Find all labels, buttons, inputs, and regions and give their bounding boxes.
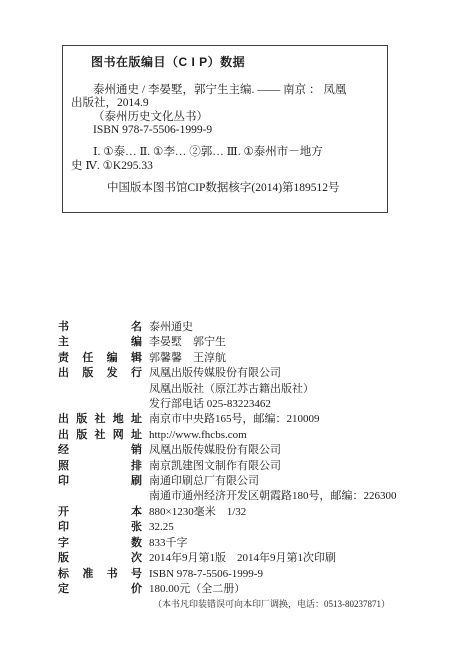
colophon-row: 开本880×1230毫米 1/32 [58, 505, 406, 520]
colophon-row-value: 李晏墅 郭宁生 [149, 335, 406, 350]
colophon-table: 书名泰州通史主编李晏墅 郭宁生责任编辑郭馨馨 王淳航出版发行凤凰出版传媒股份有限… [58, 320, 406, 610]
colophon-row-value-line: 2014年9月第1版 2014年9月第1次印刷 [149, 551, 406, 566]
colophon-row-label: 出版社地址 [58, 412, 142, 427]
colophon-row-value: 南京市中央路165号，邮编：210009 [149, 412, 406, 427]
colophon-row-label: 责任编辑 [58, 351, 142, 366]
colophon-rows: 书名泰州通史主编李晏墅 郭宁生责任编辑郭馨馨 王淳航出版发行凤凰出版传媒股份有限… [58, 320, 406, 597]
colophon-row-value-line: 凤凰出版传媒股份有限公司 [149, 443, 406, 458]
colophon-row-value: 32.25 [149, 520, 406, 535]
cip-isbn: ISBN 978-7-5506-1999-9 [71, 124, 379, 138]
colophon-row-value: http://www.fhcbs.com [149, 428, 406, 443]
colophon-row: 定价180.00元（全二册） [58, 582, 406, 597]
colophon-row: 字数833千字 [58, 536, 406, 551]
colophon-row-value: 2014年9月第1版 2014年9月第1次印刷 [149, 551, 406, 566]
colophon-row-value-line: 李晏墅 郭宁生 [149, 335, 406, 350]
colophon-row-value: 郭馨馨 王淳航 [149, 351, 406, 366]
colophon-row-value-line: 凤凰出版社（原江苏古籍出版社） [149, 382, 406, 397]
colophon-row-label: 出版社网址 [58, 428, 142, 443]
colophon-row: 经销凤凰出版传媒股份有限公司 [58, 443, 406, 458]
colophon-row-value: ISBN 978-7-5506-1999-9 [149, 567, 406, 582]
colophon-row-value-line: 880×1230毫米 1/32 [149, 505, 406, 520]
exchange-note: （本书凡印装错误可向本印厂调换，电话：0513-80237871） [153, 598, 406, 610]
colophon-row-value-line: 180.00元（全二册） [149, 582, 406, 597]
cip-catalog-line-2: 出版社，2014.9 [71, 97, 379, 111]
colophon-row: 标准书号ISBN 978-7-5506-1999-9 [58, 567, 406, 582]
cip-record-number: 中国版本图书馆CIP数据核字(2014)第189512号 [71, 182, 379, 196]
colophon-row-value: 180.00元（全二册） [149, 582, 406, 597]
colophon-row-value: 凤凰出版传媒股份有限公司凤凰出版社（原江苏古籍出版社）发行部电话 025-832… [149, 366, 406, 412]
colophon-row-value-line: 泰州通史 [149, 320, 406, 335]
colophon-row-label: 字数 [58, 536, 142, 551]
colophon-row-label: 书名 [58, 320, 142, 335]
colophon-row-value: 泰州通史 [149, 320, 406, 335]
colophon-row: 书名泰州通史 [58, 320, 406, 335]
colophon-row-value-line: 南京凯建图文制作有限公司 [149, 459, 406, 474]
colophon-row-label: 印刷 [58, 474, 142, 489]
colophon-row-value-line: 南京市中央路165号，邮编：210009 [149, 412, 406, 427]
colophon-row-label: 经销 [58, 443, 142, 458]
colophon-row-value: 南京凯建图文制作有限公司 [149, 459, 406, 474]
colophon-row-label: 出版发行 [58, 366, 142, 381]
colophon-row-label: 标准书号 [58, 567, 142, 582]
cip-data-box: 图书在版编目（C I P）数据 泰州通史 / 李晏墅，郭宁生主编. —— 南京 … [62, 45, 388, 213]
colophon-row-label: 版次 [58, 551, 142, 566]
colophon-row-value-line: 郭馨馨 王淳航 [149, 351, 406, 366]
colophon-row: 照排南京凯建图文制作有限公司 [58, 459, 406, 474]
colophon-row-label: 开本 [58, 505, 142, 520]
colophon-row-label: 照排 [58, 459, 142, 474]
colophon-row-value: 880×1230毫米 1/32 [149, 505, 406, 520]
colophon-row-value-line: ISBN 978-7-5506-1999-9 [149, 567, 406, 582]
colophon-row-label: 定价 [58, 582, 142, 597]
colophon-row: 印张32.25 [58, 520, 406, 535]
colophon-row-value-line: 发行部电话 025-83223462 [149, 397, 406, 412]
cip-classification-line-2: 史 Ⅳ. ①K295.33 [71, 160, 379, 174]
colophon-row: 出版发行凤凰出版传媒股份有限公司凤凰出版社（原江苏古籍出版社）发行部电话 025… [58, 366, 406, 412]
colophon-row-label: 印张 [58, 520, 142, 535]
colophon-row-value: 凤凰出版传媒股份有限公司 [149, 443, 406, 458]
colophon-row-value-line: 凤凰出版传媒股份有限公司 [149, 366, 406, 381]
colophon-row: 出版社网址http://www.fhcbs.com [58, 428, 406, 443]
colophon-row-value-line: http://www.fhcbs.com [149, 428, 406, 443]
colophon-row: 主编李晏墅 郭宁生 [58, 335, 406, 350]
colophon-row-label: 主编 [58, 335, 142, 350]
cip-classification-line-1: Ⅰ. ①泰… Ⅱ. ①李… ②郭… Ⅲ. ①泰州市－地方 [71, 146, 379, 160]
colophon-row-value-line: 833千字 [149, 536, 406, 551]
colophon-row-value-line: 32.25 [149, 520, 406, 535]
colophon-row-value-line: 南通印刷总厂有限公司 [149, 474, 406, 489]
colophon-row: 责任编辑郭馨馨 王淳航 [58, 351, 406, 366]
book-copyright-page: 图书在版编目（C I P）数据 泰州通史 / 李晏墅，郭宁生主编. —— 南京 … [0, 0, 450, 656]
cip-series-title: （泰州历史文化丛书） [71, 111, 379, 125]
colophon-row: 印刷南通印刷总厂有限公司南通市通州经济开发区朝霞路180号，邮编：226300 [58, 474, 406, 505]
colophon-row: 出版社地址南京市中央路165号，邮编：210009 [58, 412, 406, 427]
colophon-row-value: 833千字 [149, 536, 406, 551]
cip-catalog-line-1: 泰州通史 / 李晏墅，郭宁生主编. —— 南京 ： 凤凰 [71, 84, 379, 98]
colophon-row: 版次2014年9月第1版 2014年9月第1次印刷 [58, 551, 406, 566]
cip-title: 图书在版编目（C I P）数据 [71, 56, 379, 70]
colophon-row-value: 南通印刷总厂有限公司南通市通州经济开发区朝霞路180号，邮编：226300 [149, 474, 406, 505]
colophon-row-value-line: 南通市通州经济开发区朝霞路180号，邮编：226300 [149, 489, 406, 504]
